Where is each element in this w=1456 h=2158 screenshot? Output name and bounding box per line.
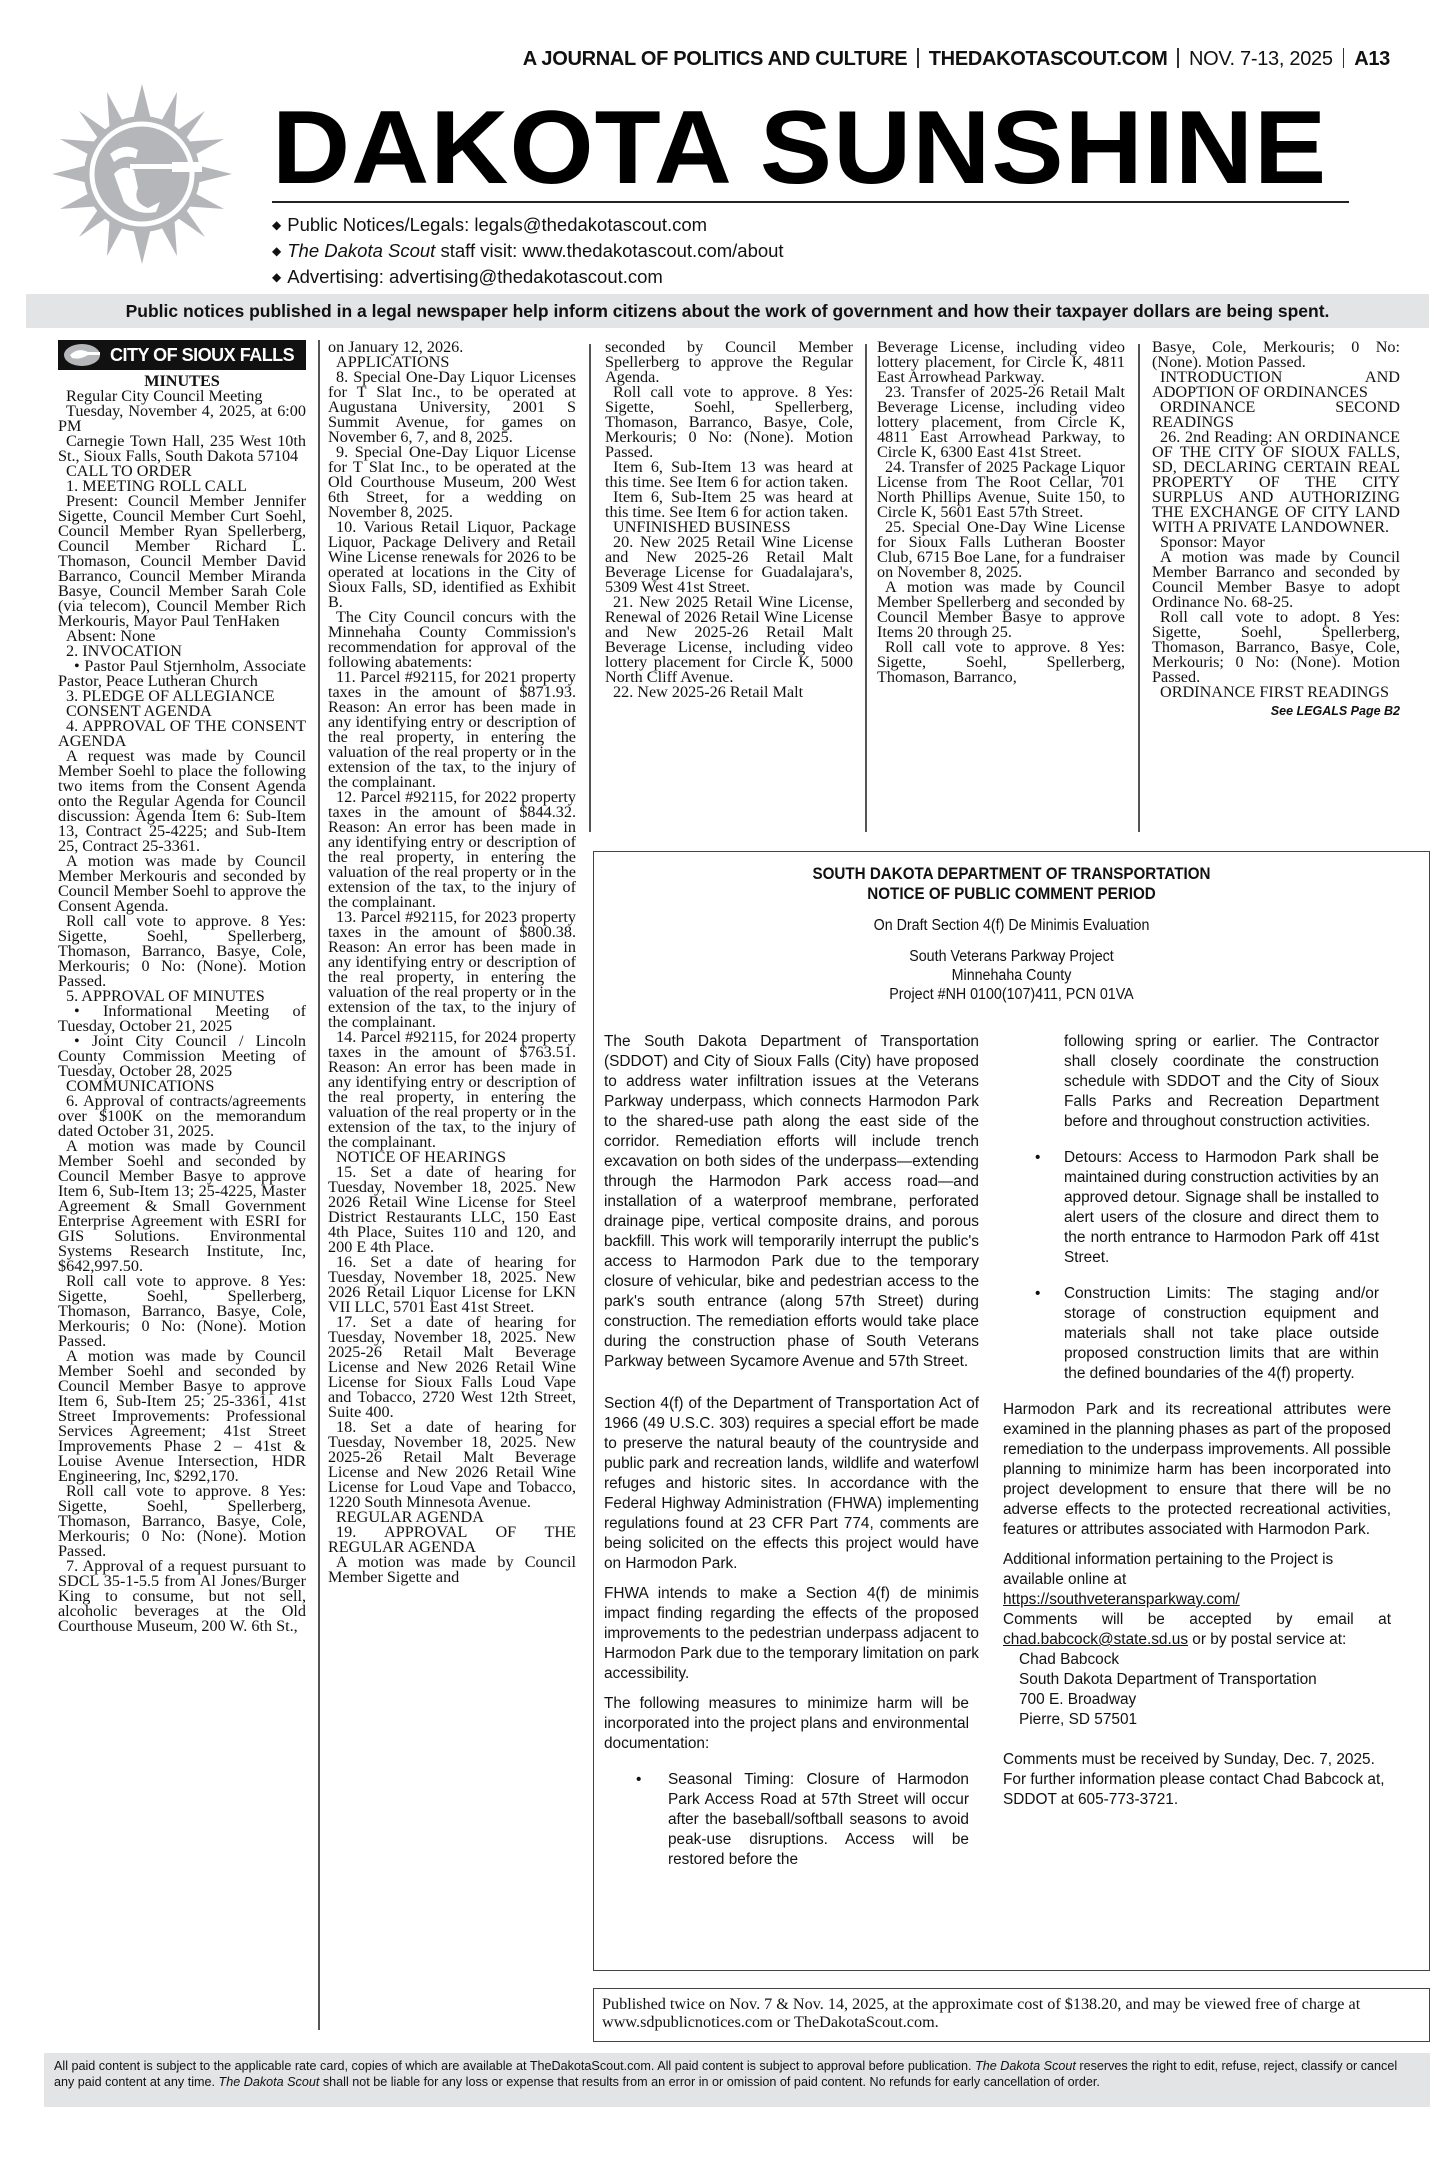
minutes-column-3: seconded by Council Member Spellerberg t… — [605, 340, 853, 700]
project-website-link[interactable]: https://southveteransparkway.com/ — [1003, 1591, 1240, 1608]
postal-address: Chad Babcock South Dakota Department of … — [1003, 1650, 1391, 1730]
minutes-paragraph: Basye, Cole, Merkouris; 0 No: (None). Mo… — [1152, 340, 1400, 370]
divider — [1343, 48, 1345, 68]
minutes-paragraph: 16. Set a date of hearing for Tuesday, N… — [328, 1255, 576, 1315]
minutes-paragraph: A motion was made by Council Member Barr… — [1152, 550, 1400, 610]
minutes-paragraph: 6. Approval of contracts/agreements over… — [58, 1094, 306, 1139]
minutes-paragraph: Carnegie Town Hall, 235 West 10th St., S… — [58, 434, 306, 464]
minutes-paragraph: • Informational Meeting of Tuesday, Octo… — [58, 1004, 306, 1034]
notice-header: SOUTH DAKOTA DEPARTMENT OF TRANSPORTATIO… — [594, 864, 1429, 1004]
minutes-paragraph: Roll call vote to approve. 8 Yes: Sigett… — [58, 914, 306, 989]
issue-date: NOV. 7-13, 2025 — [1189, 48, 1333, 70]
minutes-paragraph: 12. Parcel #92115, for 2022 property tax… — [328, 790, 576, 910]
minutes-paragraph: 13. Parcel #92115, for 2023 property tax… — [328, 910, 576, 1030]
minutes-paragraph: ORDINANCE FIRST READINGS — [1152, 685, 1400, 700]
page-number: A13 — [1354, 48, 1390, 70]
header-topline: A JOURNAL OF POLITICS AND CULTURETHEDAKO… — [523, 48, 1390, 71]
footer-disclaimer: All paid content is subject to the appli… — [44, 2053, 1430, 2107]
minutes-paragraph: A motion was made by Council Member Soeh… — [58, 1349, 306, 1484]
masthead-title: DAKOTA SUNSHINE — [272, 96, 1327, 200]
minutes-paragraph: 21. New 2025 Retail Wine License, Renewa… — [605, 595, 853, 685]
minutes-paragraph: A motion was made by Council Member Soeh… — [58, 1139, 306, 1274]
minutes-paragraph: 10. Various Retail Liquor, Package Liquo… — [328, 520, 576, 610]
contact-info: For further information please contact C… — [1003, 1770, 1391, 1810]
minutes-paragraph: A motion was made by Council Member Sige… — [328, 1555, 576, 1585]
minutes-paragraph: Roll call vote to adopt. 8 Yes: Sigette,… — [1152, 610, 1400, 685]
minutes-paragraph: Item 6, Sub-Item 25 was heard at this ti… — [605, 490, 853, 520]
evaluation-title: On Draft Section 4(f) De Minimis Evaluat… — [627, 916, 1395, 935]
minutes-paragraph: 15. Set a date of hearing for Tuesday, N… — [328, 1165, 576, 1255]
public-notice-banner: Public notices published in a legal news… — [26, 294, 1429, 328]
sun-scout-logo-icon — [52, 84, 232, 264]
measure-seasonal-timing: Seasonal Timing: Closure of Harmodon Par… — [604, 1770, 969, 1870]
minutes-paragraph: Roll call vote to approve. 8 Yes: Sigett… — [58, 1484, 306, 1559]
minutes-paragraph: 17. Set a date of hearing for Tuesday, N… — [328, 1315, 576, 1420]
minutes-column-5: Basye, Cole, Merkouris; 0 No: (None). Mo… — [1152, 340, 1400, 719]
measure-seasonal-timing-cont: following spring or earlier. The Contrac… — [1003, 1032, 1379, 1132]
contact-staff[interactable]: The Dakota Scout staff visit: www.thedak… — [272, 238, 784, 264]
column-divider — [865, 344, 867, 832]
contact-legals[interactable]: Public Notices/Legals: legals@thedakotas… — [272, 212, 784, 238]
city-logo-icon — [62, 342, 106, 368]
masthead-rule — [272, 201, 1349, 203]
minutes-column-2: on January 12, 2026.APPLICATIONS8. Speci… — [328, 340, 576, 1585]
county: Minnehaha County — [627, 966, 1395, 985]
minutes-paragraph: • Joint City Council / Lincoln County Co… — [58, 1034, 306, 1079]
minutes-paragraph: 19. APPROVAL OF THE REGULAR AGENDA — [328, 1525, 576, 1555]
notice-right-column: following spring or earlier. The Contrac… — [1003, 1032, 1391, 1820]
minutes-paragraph: 8. Special One-Day Liquor Licenses for T… — [328, 370, 576, 445]
minutes-paragraph: 11. Parcel #92115, for 2021 property tax… — [328, 670, 576, 790]
minutes-paragraph: 23. Transfer of 2025-26 Retail Malt Beve… — [877, 385, 1125, 460]
email-link[interactable]: chad.babcock@state.sd.us — [1003, 1631, 1188, 1648]
minutes-paragraph: A motion was made by Council Member Spel… — [877, 580, 1125, 640]
comment-deadline: Comments must be received by Sunday, Dec… — [1003, 1750, 1391, 1770]
minutes-paragraph: 7. Approval of a request pursuant to SDC… — [58, 1559, 306, 1634]
column-divider — [318, 340, 320, 2030]
site-link[interactable]: THEDAKOTASCOUT.COM — [929, 48, 1168, 70]
measure-construction-limits: Construction Limits: The staging and/or … — [1003, 1284, 1379, 1384]
minutes-paragraph: 24. Transfer of 2025 Package Liquor Lice… — [877, 460, 1125, 520]
minutes-paragraph: Item 6, Sub-Item 13 was heard at this ti… — [605, 460, 853, 490]
divider — [1177, 48, 1179, 68]
minutes-paragraph: Tuesday, November 4, 2025, at 6:00 PM — [58, 404, 306, 434]
column-divider — [589, 344, 591, 832]
measure-detours: Detours: Access to Harmodon Park shall b… — [1003, 1148, 1379, 1268]
minutes-paragraph: A motion was made by Council Member Merk… — [58, 854, 306, 914]
divider — [917, 48, 919, 68]
publication-notice: Published twice on Nov. 7 & Nov. 14, 202… — [593, 1988, 1430, 2042]
minutes-paragraph: A request was made by Council Member Soe… — [58, 749, 306, 854]
minutes-paragraph: Roll call vote to approve. 8 Yes: Sigett… — [58, 1274, 306, 1349]
contact-advertising[interactable]: Advertising: advertising@thedakotascout.… — [272, 264, 784, 290]
minutes-paragraph: 4. APPROVAL OF THE CONSENT AGENDA — [58, 719, 306, 749]
minutes-column-1: CITY OF SIOUX FALLS MINUTES Regular City… — [58, 340, 306, 1634]
tagline: A JOURNAL OF POLITICS AND CULTURE — [523, 48, 908, 70]
section-label: CITY OF SIOUX FALLS — [110, 348, 294, 363]
minutes-paragraph: INTRODUCTION AND ADOPTION OF ORDINANCES — [1152, 370, 1400, 400]
minutes-paragraph: 18. Set a date of hearing for Tuesday, N… — [328, 1420, 576, 1510]
minutes-paragraph: 22. New 2025-26 Retail Malt — [605, 685, 853, 700]
notice-title: SOUTH DAKOTA DEPARTMENT OF TRANSPORTATIO… — [627, 864, 1395, 884]
contact-list: Public Notices/Legals: legals@thedakotas… — [272, 212, 784, 290]
minutes-paragraph: The City Council concurs with the Minneh… — [328, 610, 576, 670]
minutes-paragraph: 9. Special One-Day Liquor License for T … — [328, 445, 576, 520]
minutes-paragraph: Roll call vote to approve. 8 Yes: Sigett… — [877, 640, 1125, 685]
section-header: CITY OF SIOUX FALLS — [58, 340, 306, 370]
minutes-paragraph: 25. Special One-Day Wine License for Sio… — [877, 520, 1125, 580]
minutes-column-4: Beverage License, including video lotter… — [877, 340, 1125, 685]
minutes-paragraph: • Pastor Paul Stjernholm, Associate Past… — [58, 659, 306, 689]
minutes-paragraph: Present: Council Member Jennifer Sigette… — [58, 494, 306, 629]
notice-left-column: The South Dakota Department of Transport… — [604, 1032, 979, 1886]
project-number: Project #NH 0100(107)411, PCN 01VA — [627, 985, 1395, 1004]
minutes-paragraph: 26. 2nd Reading: AN ORDINANCE OF THE CIT… — [1152, 430, 1400, 535]
minutes-paragraph: Beverage License, including video lotter… — [877, 340, 1125, 385]
see-legals-link[interactable]: See LEGALS Page B2 — [1152, 704, 1400, 719]
minutes-paragraph: seconded by Council Member Spellerberg t… — [605, 340, 853, 385]
minutes-paragraph: ORDINANCE SECOND READINGS — [1152, 400, 1400, 430]
column-divider — [1138, 344, 1140, 832]
project-name: South Veterans Parkway Project — [627, 947, 1395, 966]
minutes-paragraph: 20. New 2025 Retail Wine License and New… — [605, 535, 853, 595]
col1-body: Regular City Council MeetingTuesday, Nov… — [58, 389, 306, 1634]
minutes-paragraph: 14. Parcel #92115, for 2024 property tax… — [328, 1030, 576, 1150]
notice-subtitle: NOTICE OF PUBLIC COMMENT PERIOD — [627, 884, 1395, 904]
minutes-paragraph: Roll call vote to approve. 8 Yes: Sigett… — [605, 385, 853, 460]
sddot-notice: SOUTH DAKOTA DEPARTMENT OF TRANSPORTATIO… — [593, 851, 1430, 1971]
